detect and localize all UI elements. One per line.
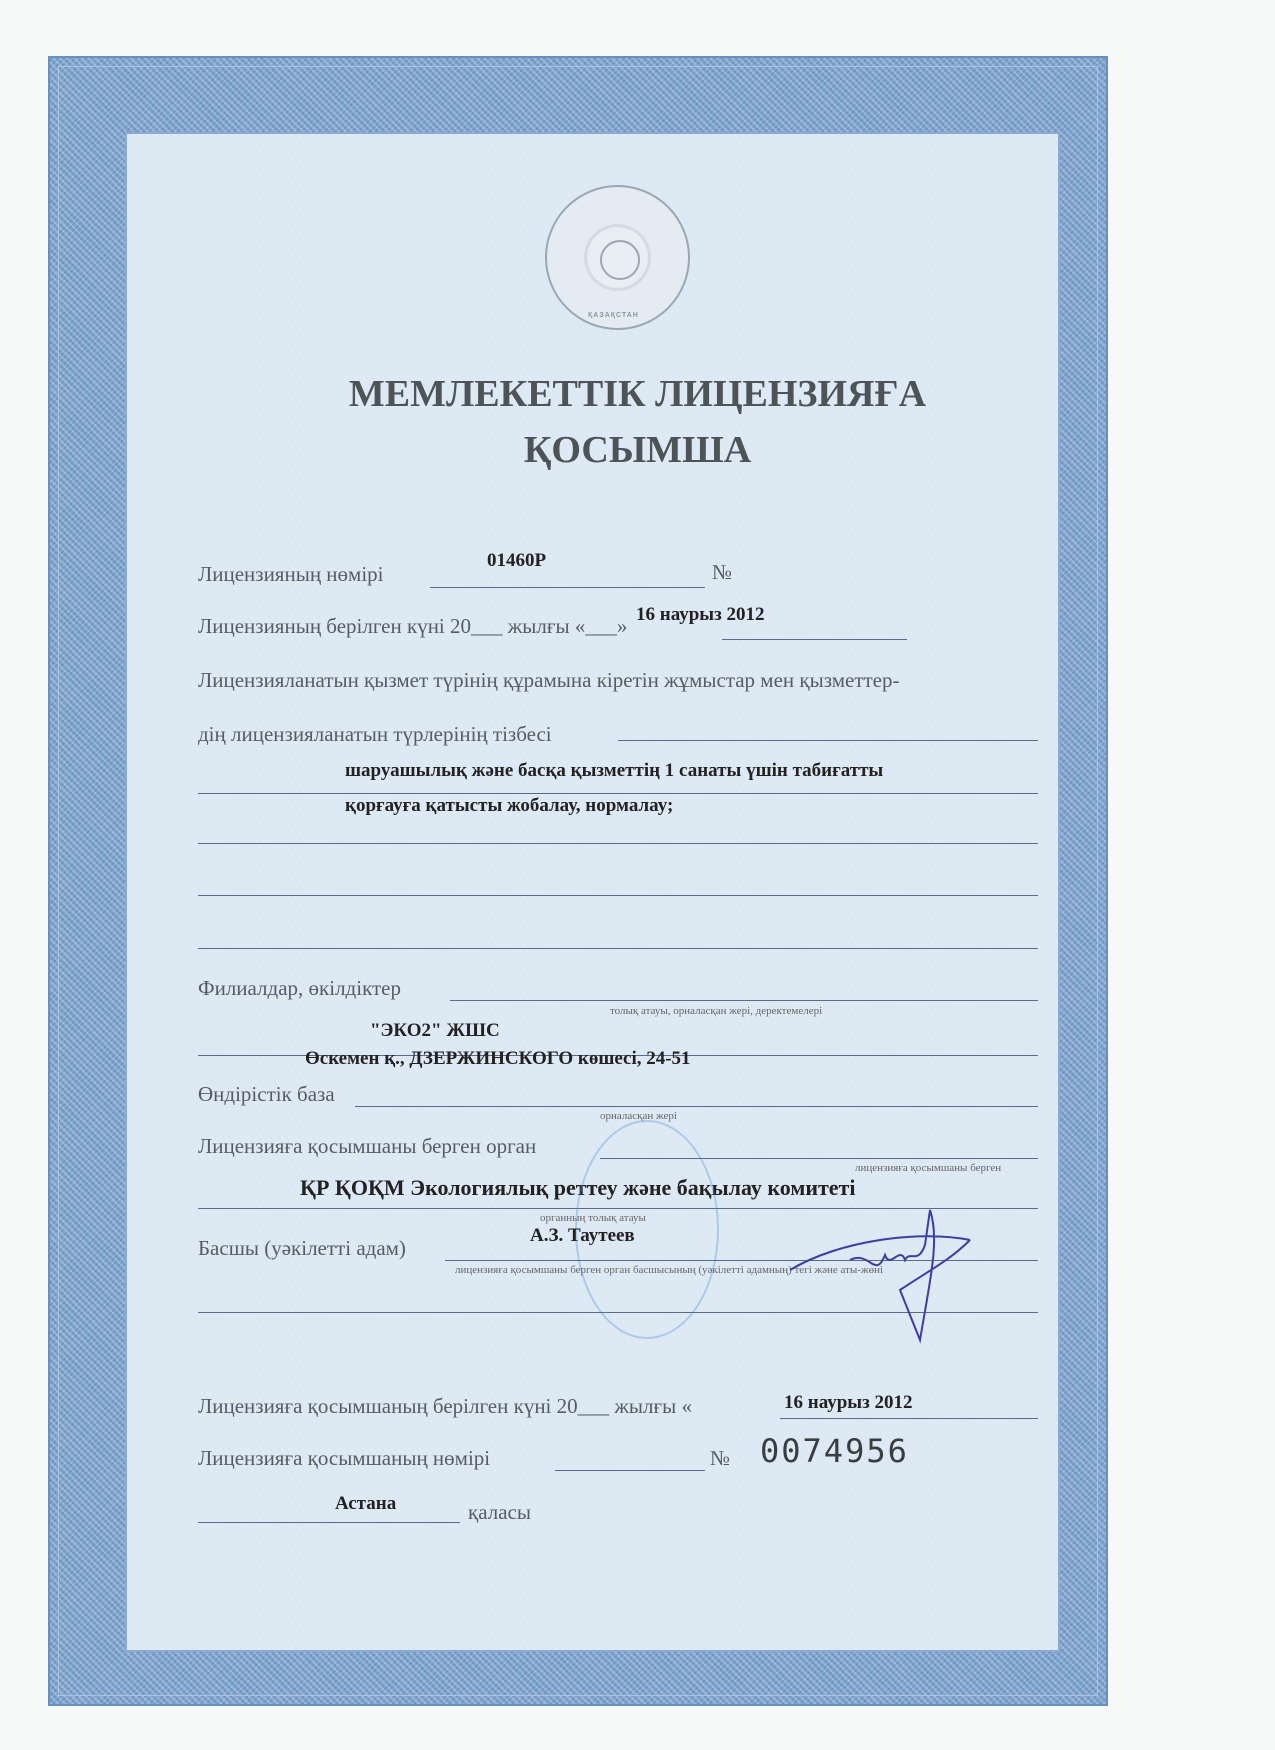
state-emblem-icon [545,185,690,330]
works-list-line0 [618,740,1038,741]
document-title-line2: ҚОСЫМША [0,428,1275,472]
city-value: Астана [335,1493,396,1515]
emblem-label: ҚАЗАҚСТАН [588,312,639,319]
signature-icon [780,1200,980,1350]
head-value: А.З. Таутеев [530,1225,635,1247]
document-title-line1: МЕМЛЕКЕТТІК ЛИЦЕНЗИЯҒА [0,372,1275,416]
license-number-line [430,587,705,588]
works-list-line2 [198,843,1038,844]
branches-label: Филиалдар, өкілдіктер [198,976,401,1001]
city-line [198,1522,460,1523]
license-number-sign: № [712,560,732,585]
branches-value-line1: "ЭКО2" ЖШС [370,1020,500,1042]
production-base-line [355,1106,1038,1107]
production-base-label: Өндірістік база [198,1082,335,1107]
works-list-value-line2: қорғауға қатысты жобалау, нормалау; [345,795,673,817]
license-date-line [722,639,907,640]
appendix-date-value: 16 наурыз 2012 [784,1392,913,1414]
license-date-value: 16 наурыз 2012 [636,604,765,626]
works-list-label-line1: Лицензияланатын қызмет түрінің құрамына … [198,668,900,693]
license-date-label: Лицензияның берілген күні 20___ жылғы «_… [198,614,627,639]
branches-line [450,1000,1038,1001]
city-suffix: қаласы [468,1500,531,1525]
issuing-body-hint-top: лицензияға қосымшаны берген [855,1162,1001,1174]
appendix-date-line [780,1418,1038,1419]
branches-value-line2: Өскемен қ., ДЗЕРЖИНСКОГО көшесі, 24-51 [305,1048,691,1070]
head-label: Басшы (уәкілетті адам) [198,1236,406,1261]
works-list-value-line1: шаруашылық және басқа қызметтің 1 санаты… [345,760,883,782]
works-list-line4 [198,948,1038,949]
license-number-value: 01460Р [487,550,546,572]
works-list-line3 [198,895,1038,896]
appendix-number-sign: № [710,1446,730,1471]
works-list-label-line2: дің лицензияланатын түрлерінің тізбесі [198,722,552,747]
appendix-date-label: Лицензияға қосымшаның берілген күні 20__… [198,1394,692,1419]
works-list-line1 [198,793,1038,794]
appendix-number-label: Лицензияға қосымшаның нөмірі [198,1446,490,1471]
appendix-number-value: 0074956 [760,1432,909,1470]
branches-hint: толық атауы, орналасқан жері, деректемел… [610,1005,822,1017]
appendix-number-line [555,1470,705,1471]
document-body [125,132,1060,1652]
issuing-body-label: Лицензияға қосымшаны берген орган [198,1134,536,1159]
license-number-label: Лицензияның нөмірі [198,562,384,587]
